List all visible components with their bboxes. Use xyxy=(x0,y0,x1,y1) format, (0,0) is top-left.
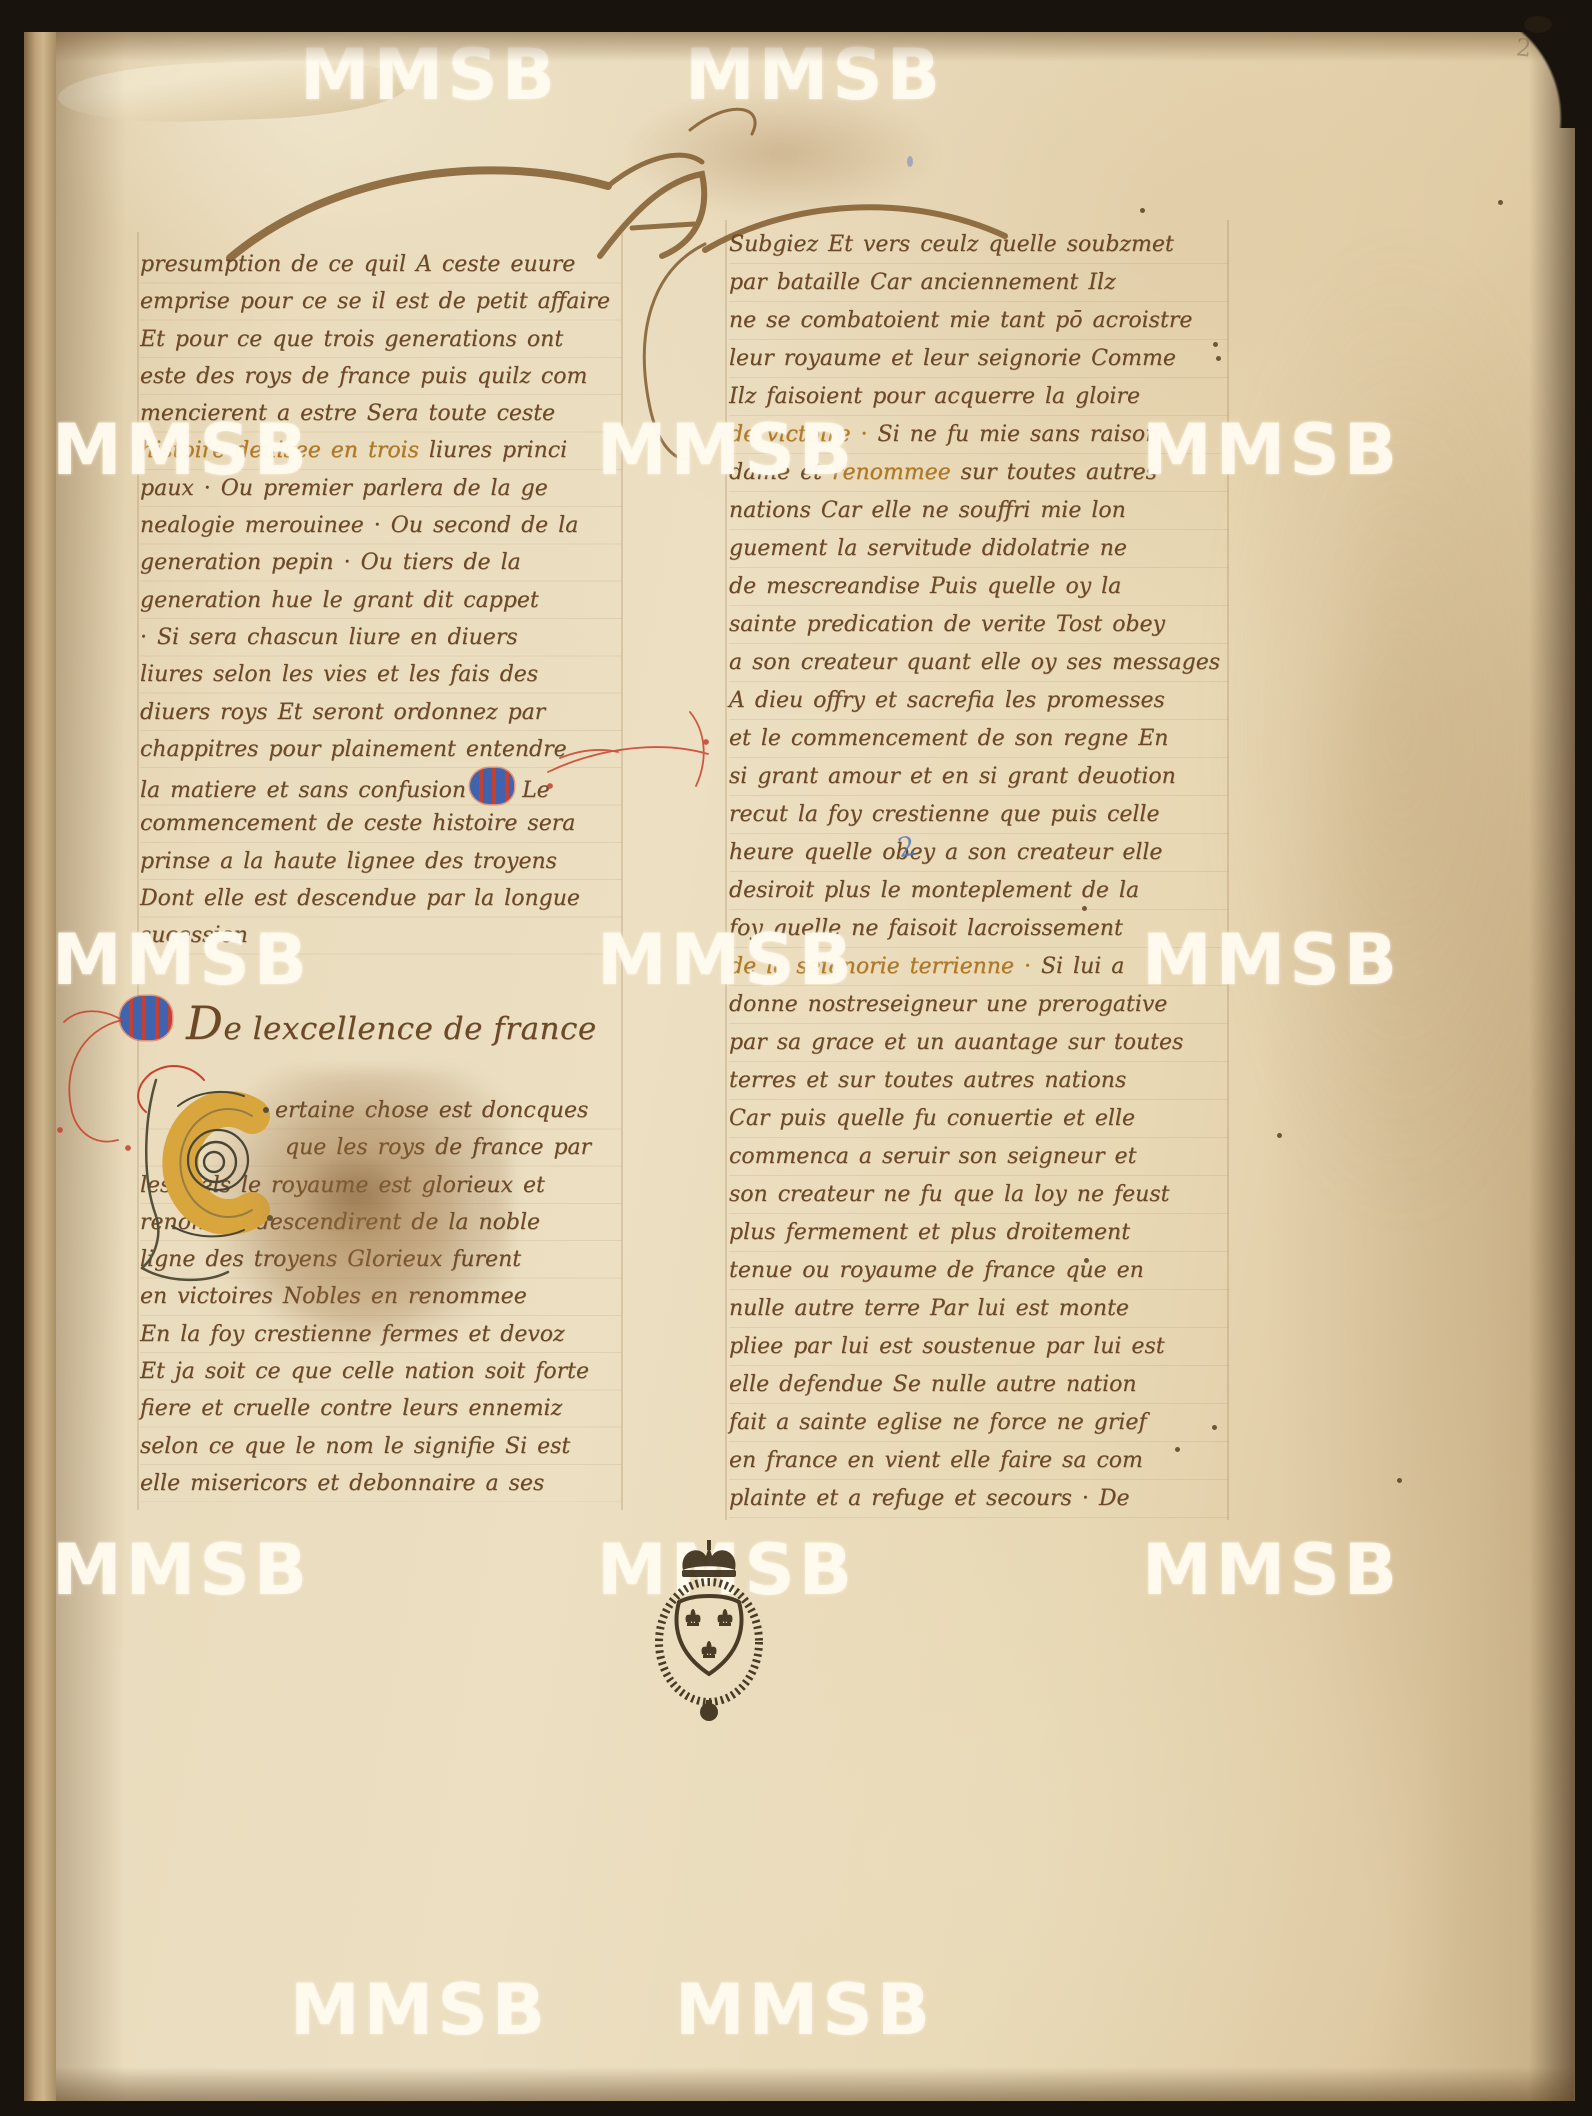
edge-shadow xyxy=(1529,30,1575,2101)
manuscript-page-scan: presumption de ce quil A ceste euureempr… xyxy=(0,0,1592,2116)
binding-edge xyxy=(0,0,24,2116)
text-line: Et ja soit ce que celle nation soit fort… xyxy=(140,1353,622,1390)
text-line: · Si sera chascun liure en diuers xyxy=(140,619,622,656)
text-line: tenue ou royaume de france que en xyxy=(729,1252,1229,1290)
ink-speck xyxy=(1498,200,1503,205)
ink-speck xyxy=(1140,208,1145,213)
text-line: elle misericors et debonnaire a ses xyxy=(140,1465,622,1502)
text-line: leur royaume et leur seignorie Comme xyxy=(729,340,1229,378)
text-line: pliee par lui est soustenue par lui est xyxy=(729,1328,1229,1366)
red-penwork-icon xyxy=(540,698,715,808)
watermark: MMSB xyxy=(52,925,311,995)
text-line: guement la servitude didolatrie ne xyxy=(729,530,1229,568)
watermark: MMSB xyxy=(52,1535,311,1605)
text-line: generation pepin · Ou tiers de la xyxy=(140,544,622,581)
text-line: ne se combatoient mie tant pō acroistre xyxy=(729,302,1229,340)
text-line: par sa grace et un auantage sur toutes xyxy=(729,1024,1229,1062)
chapter-rubric-row: De lexcellence de france xyxy=(120,996,597,1056)
text-line: commenca a seruir son seigneur et xyxy=(729,1138,1229,1176)
ink-speck xyxy=(1277,1133,1282,1138)
ink-speck xyxy=(1397,1478,1402,1483)
text-line: En la foy crestienne fermes et devoz xyxy=(140,1316,622,1353)
text-line: par bataille Car anciennement Ilz xyxy=(729,264,1229,302)
text-line: fait a sainte eglise ne force ne grief xyxy=(729,1404,1229,1442)
watermark: MMSB xyxy=(597,415,856,485)
watermark: MMSB xyxy=(290,1975,549,2045)
parchment-hole xyxy=(1524,16,1552,33)
watermark: MMSB xyxy=(1142,1535,1401,1605)
watermark: MMSB xyxy=(675,1975,934,2045)
text-line: son createur ne fu que la loy ne feust xyxy=(729,1176,1229,1214)
text-line: presumption de ce quil A ceste euure xyxy=(140,246,622,283)
text-line: elle defendue Se nulle autre nation xyxy=(729,1366,1229,1404)
watermark: MMSB xyxy=(597,925,856,995)
text-line: A dieu offry et sacrefia les promesses xyxy=(729,682,1229,720)
watermark: MMSB xyxy=(1142,925,1401,995)
binding-edge xyxy=(0,2101,1592,2116)
edge-shadow xyxy=(24,2067,1574,2101)
chapter-rubric: De lexcellence de france xyxy=(186,996,597,1056)
text-line: en france en vient elle faire sa com xyxy=(729,1442,1229,1480)
text-line: commencement de ceste histoire sera xyxy=(140,805,622,842)
watermark: MMSB xyxy=(52,415,311,485)
text-line: Subgiez Et vers ceulz quelle soubzmet xyxy=(729,226,1229,264)
left-column-text: presumption de ce quil A ceste euureempr… xyxy=(140,246,622,955)
text-line: generation hue le grant dit cappet xyxy=(140,582,622,619)
library-stamp-icon xyxy=(646,1540,774,1722)
text-line: nulle autre terre Par lui est monte xyxy=(729,1290,1229,1328)
text-line: si grant amour et en si grant deuotion xyxy=(729,758,1229,796)
page-corner xyxy=(1438,0,1592,128)
text-line: recut la foy crestienne que puis celle xyxy=(729,796,1229,834)
text-line: a son createur quant elle oy ses message… xyxy=(729,644,1229,682)
text-line: Dont elle est descendue par la longue xyxy=(140,880,622,917)
text-line: terres et sur toutes autres nations xyxy=(729,1062,1229,1100)
text-line: Et pour ce que trois generations ont xyxy=(140,321,622,358)
underlying-leaf-edge xyxy=(24,30,56,2101)
text-line: este des roys de france puis quilz com xyxy=(140,358,622,395)
blue-speck xyxy=(907,156,913,167)
paraph-mark-icon xyxy=(470,768,514,804)
edge-shadow xyxy=(24,32,1574,62)
text-line: liures selon les vies et les fais des xyxy=(140,656,622,693)
watermark: MMSB xyxy=(1142,415,1401,485)
text-line: prinse a la haute lignee des troyens xyxy=(140,843,622,880)
text-line: plus fermement et plus droitement xyxy=(729,1214,1229,1252)
binding-edge xyxy=(0,0,1592,32)
text-line: desiroit plus le monteplement de la xyxy=(729,872,1229,910)
text-line: sainte predication de verite Tost obey xyxy=(729,606,1229,644)
text-line: de mescreandise Puis quelle oy la xyxy=(729,568,1229,606)
binding-edge xyxy=(1575,0,1592,2116)
text-line: fiere et cruelle contre leurs ennemiz xyxy=(140,1390,622,1427)
illuminated-initial-c-icon xyxy=(126,1058,294,1286)
text-line: emprise pour ce se il est de petit affai… xyxy=(140,283,622,320)
text-line: Car puis quelle fu conuertie et elle xyxy=(729,1100,1229,1138)
text-line: heure quelle obey a son createur elle xyxy=(729,834,1229,872)
text-line: nealogie merouinee · Ou second de la xyxy=(140,507,622,544)
text-line: nations Car elle ne souffri mie lon xyxy=(729,492,1229,530)
text-line: et le commencement de son regne En xyxy=(729,720,1229,758)
text-line: selon ce que le nom le signifie Si est xyxy=(140,1428,622,1465)
text-line: plainte et a refuge et secours · De xyxy=(729,1480,1229,1518)
